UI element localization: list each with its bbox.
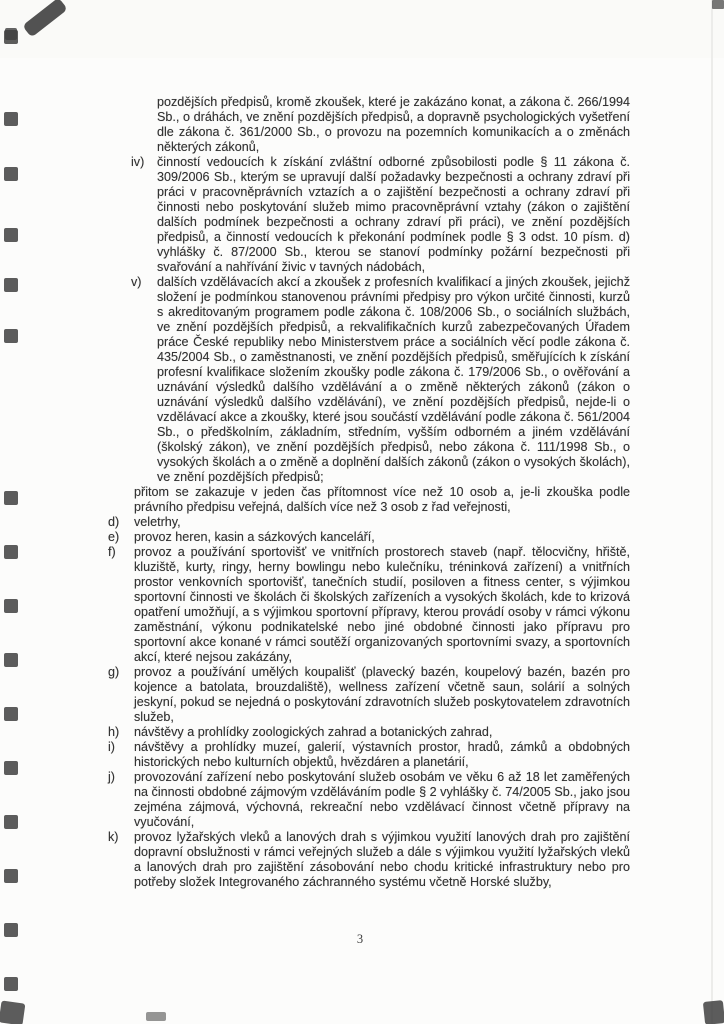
scan-edge-mark xyxy=(4,707,18,721)
list-item-text: činností vedoucích k získání zvláštní od… xyxy=(157,155,630,275)
list-item-text: přitom se zakazuje v jeden čas přítomnos… xyxy=(134,485,630,515)
list-item-label: iv) xyxy=(131,155,157,170)
list-item-text: provozování zařízení nebo poskytování sl… xyxy=(134,770,630,830)
scan-edge-mark xyxy=(4,599,18,613)
scan-edge-mark xyxy=(4,923,18,937)
document-text-block: pozdějších předpisů, kromě zkoušek, kter… xyxy=(108,95,630,890)
list-item-label: e) xyxy=(108,530,134,545)
list-item-label: f) xyxy=(108,545,134,560)
list-item-iii-continuation: pozdějších předpisů, kromě zkoušek, kter… xyxy=(157,95,630,155)
list-item-text: provoz lyžařských vleků a lanových drah … xyxy=(134,830,630,890)
scan-edge-mark xyxy=(4,278,18,292)
scan-corner-mark xyxy=(712,0,724,9)
list-item-i: i) návštěvy a prohlídky muzeí, galerií, … xyxy=(108,740,630,770)
scan-edge-mark xyxy=(4,653,18,667)
scan-corner-mark xyxy=(146,1012,166,1021)
list-item-k: k) provoz lyžařských vleků a lanových dr… xyxy=(108,830,630,890)
scanned-document-page: pozdějších předpisů, kromě zkoušek, kter… xyxy=(0,0,724,1024)
list-item-label: j) xyxy=(108,770,134,785)
list-item-label: d) xyxy=(108,515,134,530)
list-item-f: f) provoz a používání sportovišť ve vnit… xyxy=(108,545,630,665)
list-item-pritom-clause: přitom se zakazuje v jeden čas přítomnos… xyxy=(134,485,630,515)
list-item-text: provoz a používání sportovišť ve vnitřní… xyxy=(134,545,630,665)
list-item-label: i) xyxy=(108,740,134,755)
list-item-text: veletrhy, xyxy=(134,515,630,530)
scan-corner-mark xyxy=(703,1000,724,1024)
scan-corner-mark xyxy=(5,28,17,40)
scan-edge-mark xyxy=(4,977,18,991)
list-item-label: v) xyxy=(131,275,157,290)
list-item-text: dalších vzdělávacích akcí a zkoušek z pr… xyxy=(157,275,630,485)
scan-top-band xyxy=(0,0,724,58)
list-item-v: v) dalších vzdělávacích akcí a zkoušek z… xyxy=(131,275,630,485)
list-item-text: provoz heren, kasin a sázkových kancelář… xyxy=(134,530,630,545)
scan-edge-mark xyxy=(4,228,18,242)
list-item-label: g) xyxy=(108,665,134,680)
list-item-h: h) návštěvy a prohlídky zoologických zah… xyxy=(108,725,630,740)
scan-edge-mark xyxy=(4,761,18,775)
scan-edge-line xyxy=(711,0,713,1024)
list-item-text: návštěvy a prohlídky muzeí, galerií, výs… xyxy=(134,740,630,770)
list-item-g: g) provoz a používání umělých koupališť … xyxy=(108,665,630,725)
scan-edge-mark xyxy=(4,491,18,505)
list-item-iv: iv) činností vedoucích k získání zvláštn… xyxy=(131,155,630,275)
list-item-text: pozdějších předpisů, kromě zkoušek, kter… xyxy=(157,95,630,155)
scan-edge-mark xyxy=(4,167,18,181)
scan-edge-mark xyxy=(4,112,18,126)
list-item-text: provoz a používání umělých koupališť (pl… xyxy=(134,665,630,725)
scan-corner-mark xyxy=(0,1000,25,1024)
list-item-text: návštěvy a prohlídky zoologických zahrad… xyxy=(134,725,630,740)
list-item-d: d) veletrhy, xyxy=(108,515,630,530)
scan-edge-mark xyxy=(4,545,18,559)
list-item-label: h) xyxy=(108,725,134,740)
list-item-e: e) provoz heren, kasin a sázkových kance… xyxy=(108,530,630,545)
scan-edge-mark xyxy=(4,815,18,829)
list-item-label: k) xyxy=(108,830,134,845)
scan-edge-mark xyxy=(4,329,18,343)
scan-edge-mark xyxy=(4,869,18,883)
list-item-j: j) provozování zařízení nebo poskytování… xyxy=(108,770,630,830)
page-number: 3 xyxy=(330,932,390,947)
